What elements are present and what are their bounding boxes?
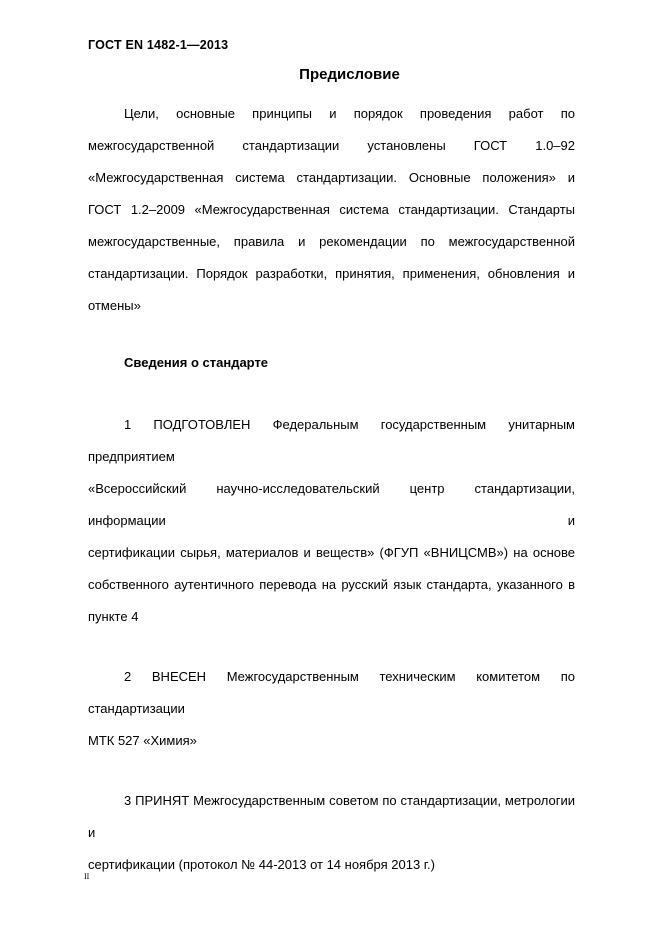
document-page: ГОСТ EN 1482-1—2013 Предисловие Цели, ос…: [0, 0, 662, 935]
text-line: стандартизации. Порядок разработки, прин…: [88, 258, 575, 290]
text-line: 2 ВНЕСЕН Межгосударственным техническим …: [88, 661, 575, 725]
text-line: межгосударственной стандартизации устано…: [88, 130, 575, 162]
text-line: собственного аутентичного перевода на ру…: [88, 569, 575, 601]
page-title: Предисловие: [88, 66, 575, 84]
text-line: сертификации (протокол № 44-2013 от 14 н…: [88, 849, 575, 881]
page-content: ГОСТ EN 1482-1—2013 Предисловие Цели, ос…: [0, 0, 662, 881]
text-line: сертификации сырья, материалов и веществ…: [88, 537, 575, 569]
standard-info-heading: Сведения о стандарте: [88, 347, 575, 379]
text-line: МТК 527 «Химия»: [88, 725, 575, 757]
item-adopted-by: 3 ПРИНЯТ Межгосударственным советом по с…: [88, 785, 575, 881]
text-line: Цели, основные принципы и порядок провед…: [88, 98, 575, 130]
text-line: 1 ПОДГОТОВЛЕН Федеральным государственны…: [88, 409, 575, 473]
item-prepared-by: 1 ПОДГОТОВЛЕН Федеральным государственны…: [88, 409, 575, 633]
text-line: «Межгосударственная система стандартизац…: [88, 162, 575, 194]
item-submitted-by: 2 ВНЕСЕН Межгосударственным техническим …: [88, 661, 575, 757]
text-line: пункте 4: [88, 601, 575, 633]
text-line: отмены»: [88, 290, 575, 322]
text-line: ГОСТ 1.2–2009 «Межгосударственная систем…: [88, 194, 575, 226]
text-line: 3 ПРИНЯТ Межгосударственным советом по с…: [88, 785, 575, 849]
page-number: II: [84, 873, 89, 881]
intro-paragraph: Цели, основные принципы и порядок провед…: [88, 98, 575, 322]
text-line: межгосударственные, правила и рекомендац…: [88, 226, 575, 258]
document-code: ГОСТ EN 1482-1—2013: [88, 38, 575, 52]
text-line: «Всероссийский научно-исследовательский …: [88, 473, 575, 537]
